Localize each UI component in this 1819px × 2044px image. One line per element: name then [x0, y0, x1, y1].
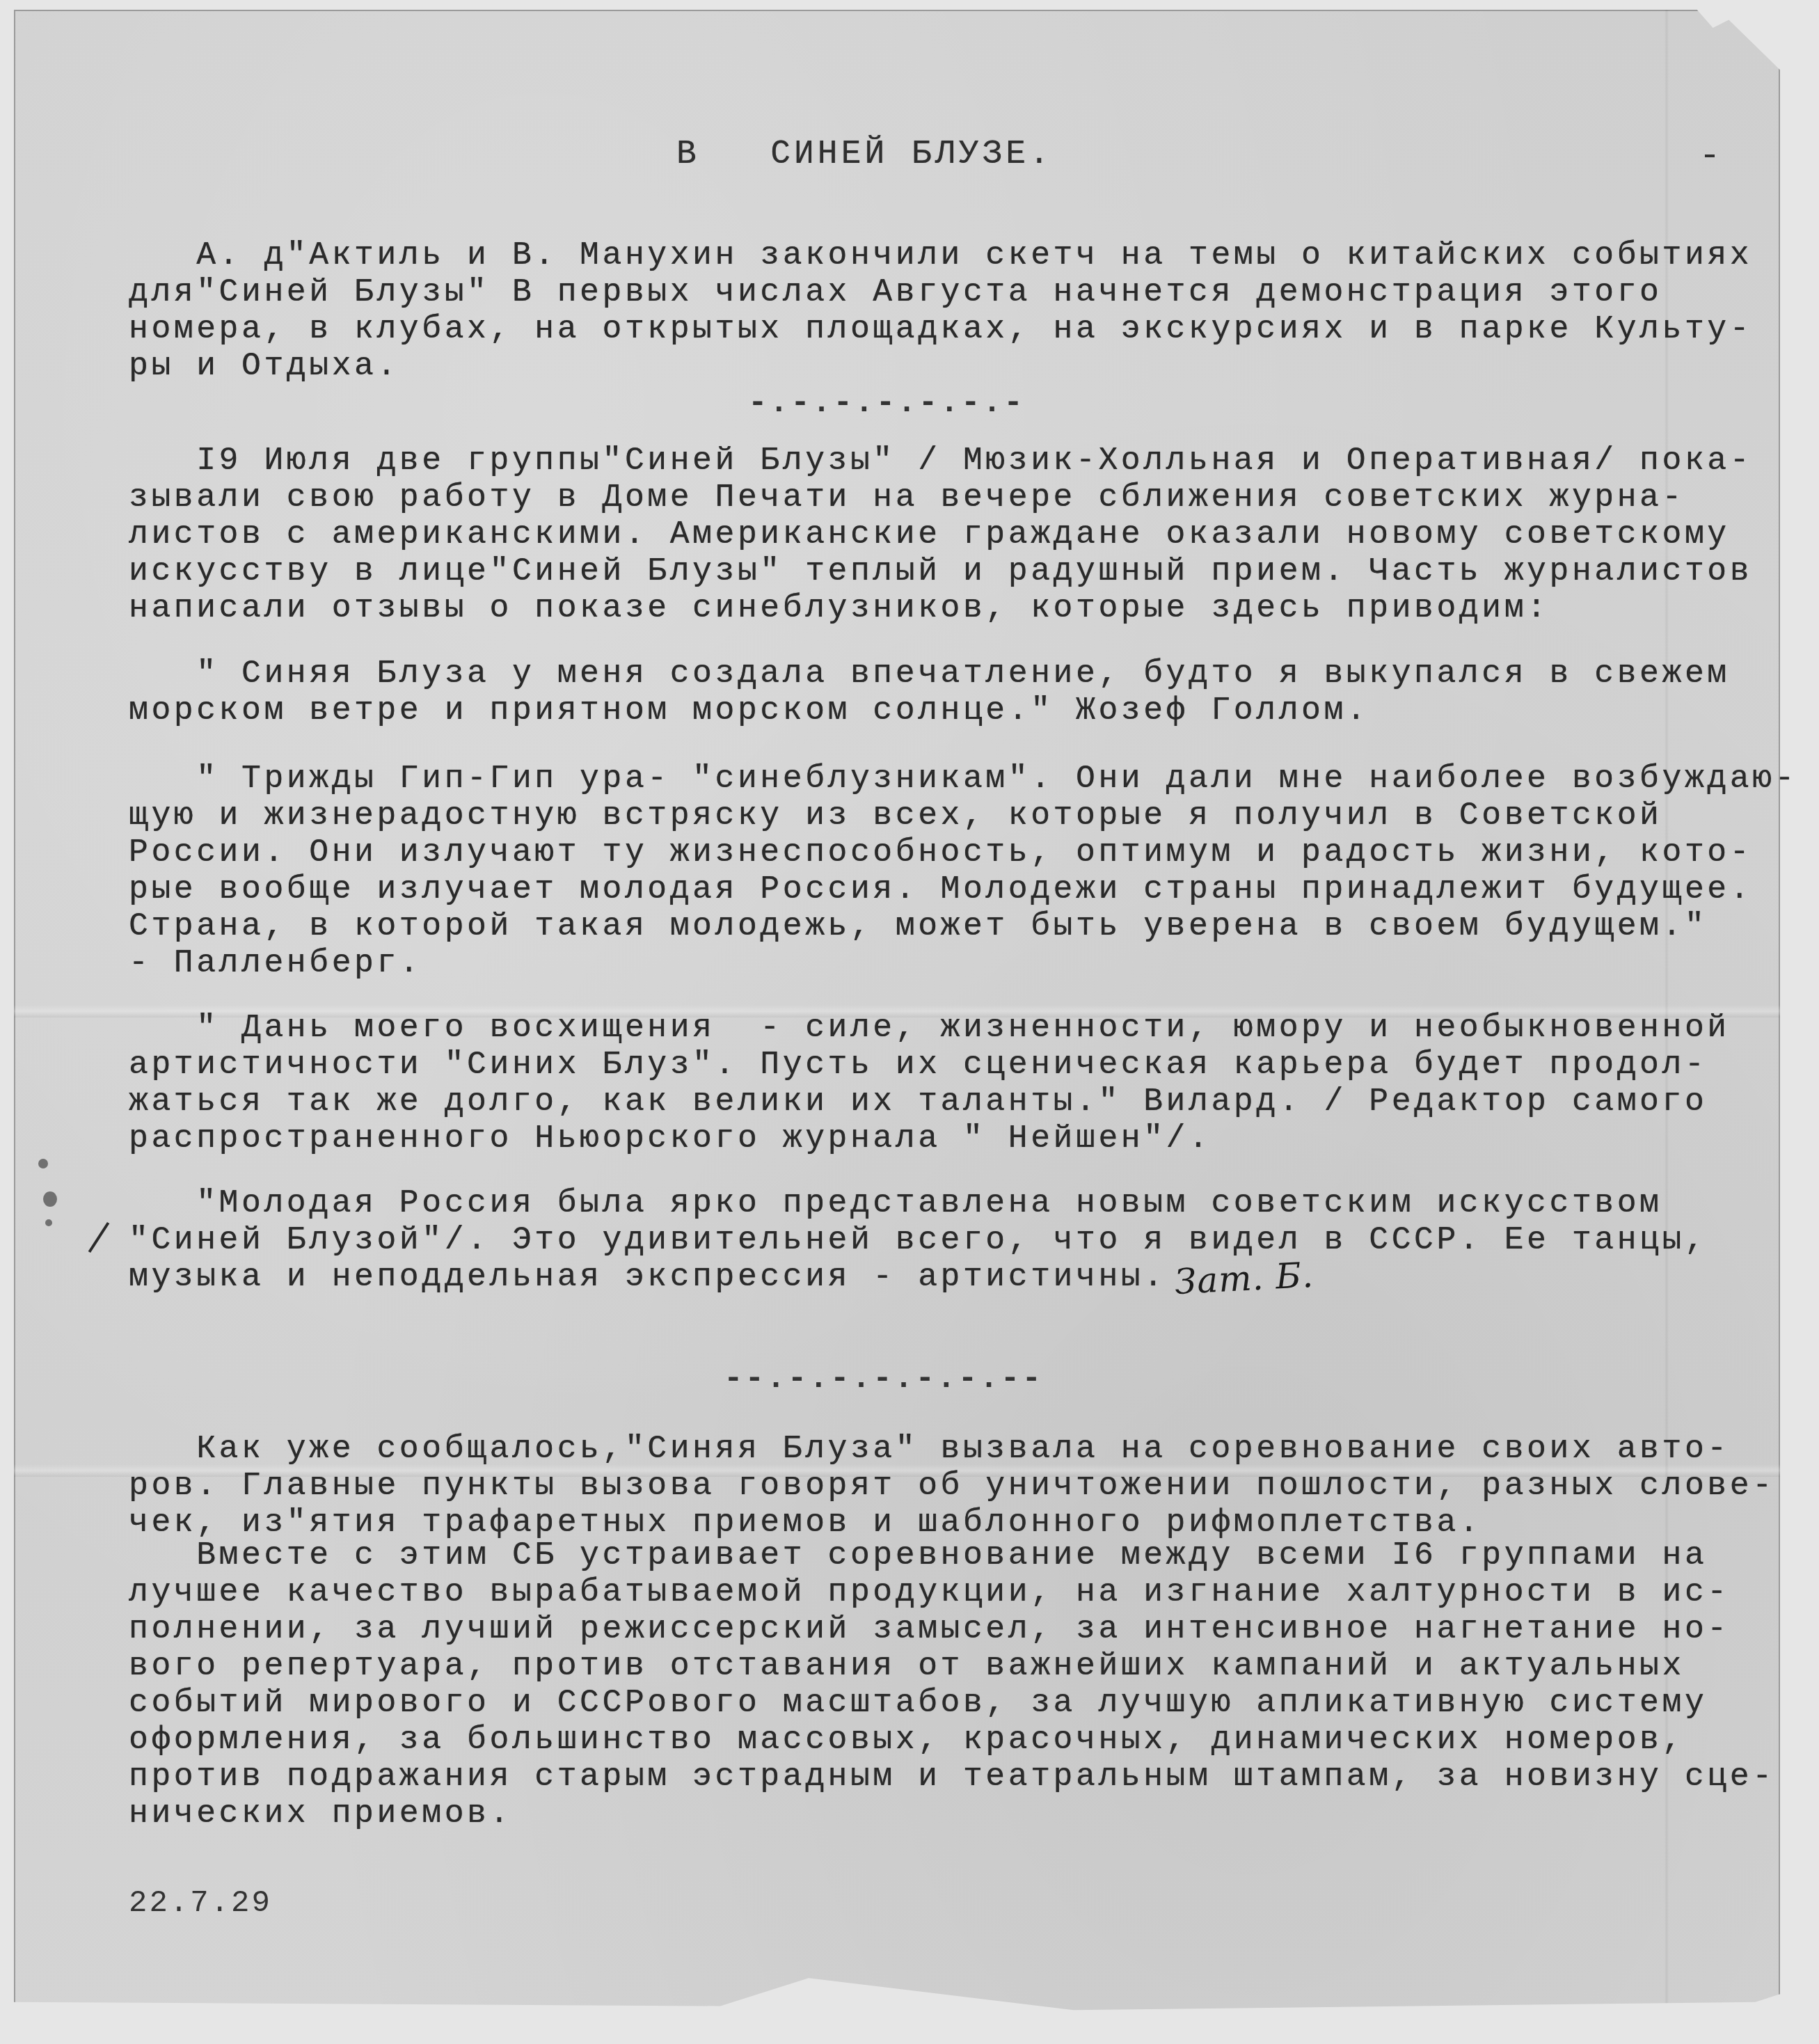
paragraph-line: событий мирового и СССРового масштабов, … — [129, 1686, 1707, 1720]
paragraph-line: написали отзывы о показе синеблузников, … — [129, 592, 1550, 625]
paragraph-line: лучшее качество вырабатываемой продукции… — [129, 1576, 1730, 1609]
paragraph-line: чек, из"ятия трафаретных приемов и шабло… — [129, 1506, 1482, 1539]
quote-line: " Трижды Гип-Гип ура- "синеблузникам". О… — [129, 762, 1797, 795]
quote-line: " Синяя Блуза у меня создала впечатление… — [129, 657, 1730, 690]
paragraph-line: Как уже сообщалось,"Синяя Блуза" вызвала… — [129, 1432, 1730, 1466]
paragraph-line: нических приемов. — [129, 1797, 512, 1830]
paragraph-line: вого репертуара, против отставания от ва… — [129, 1649, 1685, 1683]
section-separator: --.-.-.-.-.-.-- — [724, 1361, 1043, 1397]
quote-line: музыка и неподдельная экспрессия - артис… — [129, 1260, 1166, 1294]
document-title: В СИНЕЙ БЛУЗЕ. — [676, 136, 1053, 173]
quote-line: - Палленберг. — [129, 946, 422, 980]
quote-line: морском ветре и приятном морском солнце.… — [129, 694, 1369, 727]
quote-line: " Дань моего восхищения - силе, жизненно… — [129, 1011, 1730, 1045]
quote-line: артистичности "Синих Блуз". Пусть их сце… — [129, 1048, 1707, 1082]
ink-blot — [38, 1159, 48, 1168]
section-separator: -.-.-.-.-.-.- — [748, 385, 1025, 421]
quote-line: щую и жизнерадостную встряску из всех, к… — [129, 799, 1662, 832]
ink-blot — [45, 1219, 52, 1226]
paragraph-line: ры и Отдыха. — [129, 349, 399, 383]
paragraph-line: зывали свою работу в Доме Печати на вече… — [129, 481, 1685, 514]
handwritten-annotation: Зат. Б. — [1174, 1255, 1315, 1302]
quote-line: рые вообще излучает молодая Россия. Моло… — [129, 873, 1752, 906]
quote-line: жаться так же долго, как велики их талан… — [129, 1085, 1707, 1118]
paragraph-line: I9 Июля две группы"Синей Блузы" / Мюзик-… — [129, 444, 1752, 477]
paragraph-line: Вместе с этим СБ устраивает соревнование… — [129, 1539, 1707, 1572]
quote-line: Страна, в которой такая молодежь, может … — [129, 910, 1707, 943]
document-date: 22.7.29 — [129, 1886, 272, 1921]
paragraph-line: ров. Главные пункты вызова говорят об ун… — [129, 1469, 1775, 1503]
paragraph-line: номера, в клубах, на открытых площадках,… — [129, 312, 1752, 346]
paragraph-line: искусству в лице"Синей Блузы" теплый и р… — [129, 555, 1752, 588]
paragraph-line: для"Синей Блузы" В первых числах Августа… — [129, 276, 1662, 309]
paragraph-line: А. д"Актиль и В. Манухин закончили скетч… — [129, 239, 1752, 272]
quote-line: России. Они излучают ту жизнеспособность… — [129, 836, 1752, 869]
paragraph-line: оформления, за большинство массовых, кра… — [129, 1723, 1685, 1757]
quote-line: распространенного Ньюорского журнала " Н… — [129, 1122, 1211, 1155]
quote-line: "Молодая Россия была ярко представлена н… — [129, 1187, 1662, 1220]
quote-line: "Синей Блузой"/. Это удивительней всего,… — [129, 1223, 1707, 1257]
paragraph-line: полнении, за лучший режиссерский замысел… — [129, 1613, 1730, 1646]
paragraph-line: против подражания старым эстрадным и теа… — [129, 1760, 1775, 1793]
edge-mark — [1705, 155, 1715, 157]
paragraph-line: листов с американскими. Американские гра… — [129, 518, 1730, 551]
ink-blot — [43, 1191, 57, 1207]
